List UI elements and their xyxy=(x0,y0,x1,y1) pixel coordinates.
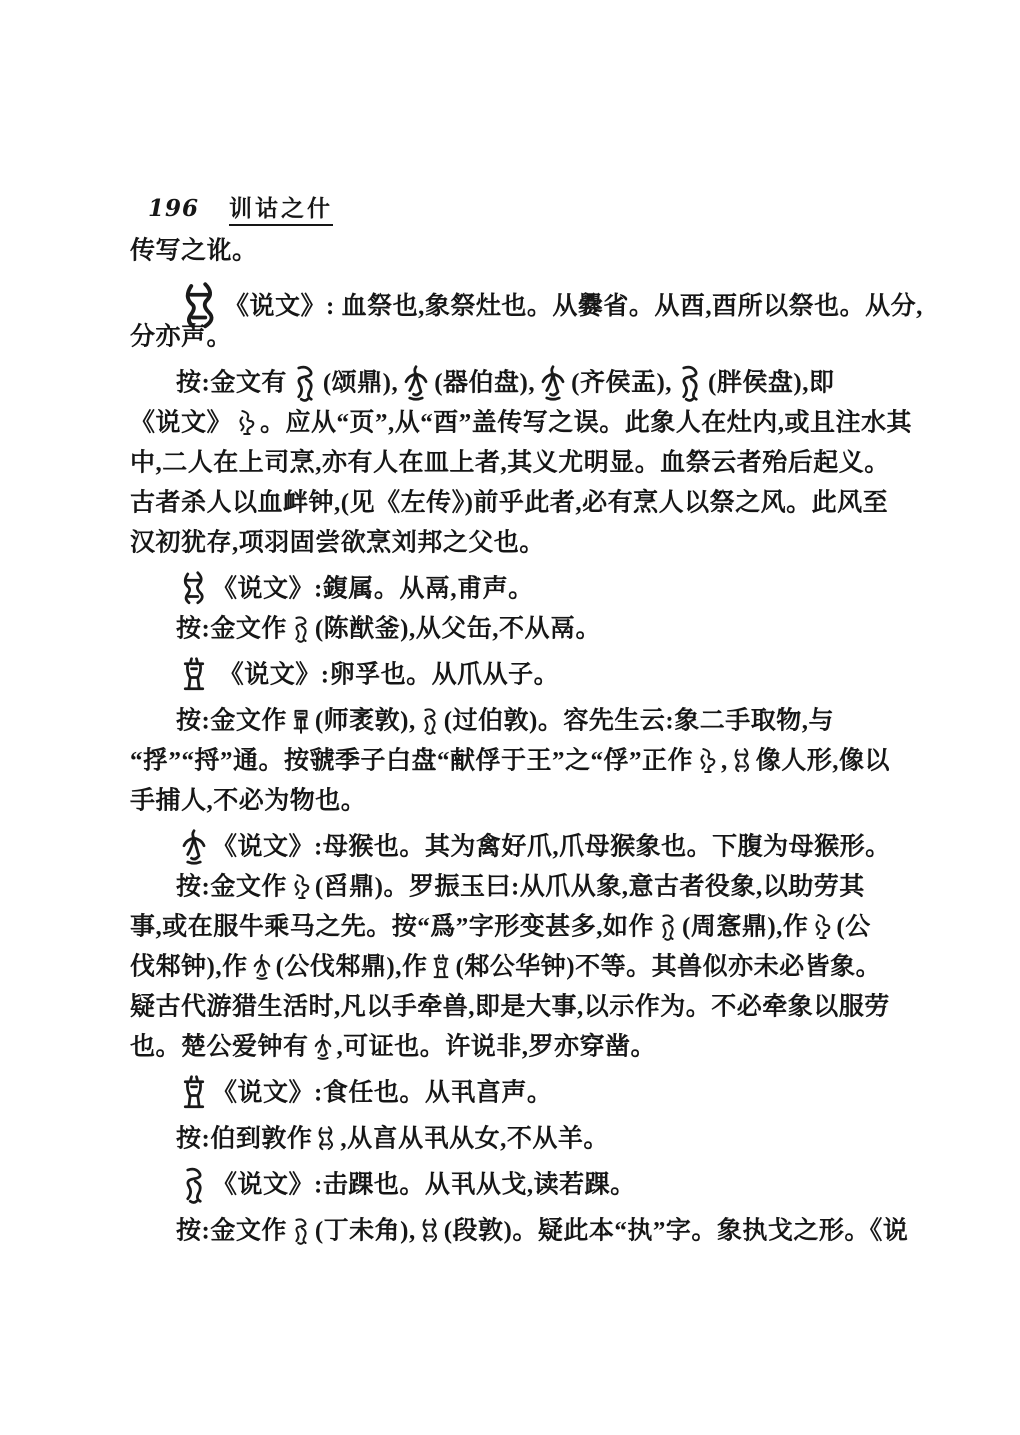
text-run: 按:金文作 xyxy=(176,873,287,900)
text-run: 《说文》:击踝也。从丮从戈,读若踝。 xyxy=(212,1171,636,1198)
text-line: 手捕人,不必为物也。 xyxy=(130,780,905,820)
chapter-title: 训诂之什 xyxy=(229,196,333,226)
bronze-glyph-pan-hou-pan xyxy=(675,363,705,403)
text-run: (段敦)。疑此本“执”字。象执戈之形。《说 xyxy=(444,1217,909,1244)
text-run: 分亦声。 xyxy=(130,323,232,350)
text-run: 像人形,像以 xyxy=(756,747,890,774)
text-line: 传写之讹。 xyxy=(130,230,905,270)
bronze-glyph-shi-mao-dui xyxy=(290,706,312,736)
text-block: 传写之讹。《说文》: 血祭也,象祭灶也。从爨省。从酉,酉所以祭也。从分,分亦声。… xyxy=(130,230,905,1250)
text-run: (丁未角), xyxy=(315,1217,416,1244)
bronze-glyph-chen-you-fu xyxy=(290,614,312,644)
text-run: (器伯盘), xyxy=(434,369,535,396)
text-run: 也。楚公爱钟有 xyxy=(130,1033,309,1060)
bronze-glyph-entry-fu-cauldron xyxy=(179,569,209,609)
text-run: 《说文》 xyxy=(130,409,232,436)
text-line: “捊”“捋”通。按虢季子白盘“献俘于王”之“俘”正作,像人形,像以 xyxy=(130,740,905,780)
bronze-glyph-zhou-ke-ding xyxy=(657,912,679,942)
text-line: 《说文》:击踝也。从丮从戈,读若踝。 xyxy=(130,1164,905,1204)
bronze-glyph-chu-gong-ai-zhong xyxy=(312,1032,334,1062)
text-run: (齐侯盂), xyxy=(571,369,672,396)
text-run: 手捕人,不必为物也。 xyxy=(130,787,366,814)
text-line: 按:金文作(丁未角),(段敦)。疑此本“执”字。象执戈之形。《说 xyxy=(130,1210,905,1250)
text-run: 《说文》:母猴也。其为禽好爪,爪母猴象也。下腹为母猴形。 xyxy=(212,833,891,860)
bronze-glyph-duan-dui xyxy=(419,1216,441,1246)
text-run: (周愙鼎),作 xyxy=(682,913,808,940)
text-line: 汉初犹存,项羽固尝欲烹刘邦之父也。 xyxy=(130,522,905,562)
bronze-glyph-fu-form-a xyxy=(696,746,718,776)
bronze-glyph-zhu-gong-hua-zhong xyxy=(430,952,452,982)
text-line: 伐邾钟),作(公伐邾鼎),作(邾公华钟)不等。其兽似亦未必皆象。 xyxy=(130,946,905,986)
text-run: 汉初犹存,项羽固尝欲烹刘邦之父也。 xyxy=(130,529,545,556)
running-head: 196训诂之什 xyxy=(148,190,333,223)
text-run: 按:金文作 xyxy=(176,615,287,642)
bronze-glyph-entry-wei xyxy=(179,827,209,867)
text-run: 。应从“页”,从“酉”盖传写之误。此象人在灶内,或且注水其 xyxy=(260,409,912,436)
text-line: 按:金文有(颂鼎),(器伯盘),(齐侯盂),(胖侯盘),即 xyxy=(130,362,905,402)
book-page: 196训诂之什 传写之讹。《说文》: 血祭也,象祭灶也。从爨省。从酉,酉所以祭也… xyxy=(0,0,1020,1435)
bronze-glyph-guo-bo-dui xyxy=(419,706,441,736)
text-run: 古者杀人以血衅钟,(见《左传》)前乎此者,必有烹人以祭之风。此风至 xyxy=(130,489,888,516)
bronze-glyph-shuowen-form xyxy=(235,408,257,438)
text-run: (公 xyxy=(836,913,870,940)
text-run: (舀鼎)。罗振玉曰:从爪从象,意古者役象,以助劳其 xyxy=(315,873,865,900)
bronze-glyph-qi-hou-yu xyxy=(538,363,568,403)
text-run: 按:金文作 xyxy=(176,707,287,734)
text-line: 按:伯到敦作,从亯从丮从女,不从羊。 xyxy=(130,1118,905,1158)
text-run: “捊”“捋”通。按虢季子白盘“献俘于王”之“俘”正作 xyxy=(130,747,693,774)
bronze-glyph-fu-form-b xyxy=(731,746,753,776)
page-number: 196 xyxy=(148,195,199,222)
bronze-glyph-bo-dao-dui xyxy=(315,1124,337,1154)
bronze-glyph-ding-wei-jiao xyxy=(290,1216,312,1246)
text-run: (公伐邾鼎),作 xyxy=(276,953,428,980)
text-run: 按:金文有 xyxy=(176,369,287,396)
bronze-glyph-gong-fa-zhu-zhong xyxy=(811,912,833,942)
text-run: (邾公华钟)不等。其兽似亦未必皆象。 xyxy=(455,953,881,980)
text-run: 按:伯到敦作 xyxy=(176,1125,312,1152)
text-run: 传写之讹。 xyxy=(130,237,258,264)
text-line: 《说文》:卵孚也。从爪从子。 xyxy=(130,654,905,694)
text-run: 《说文》:卵孚也。从爪从子。 xyxy=(212,661,559,688)
text-run: 中,二人在上司烹,亦有人在皿上者,其义尤明显。血祭云者殆后起义。 xyxy=(130,449,890,476)
text-run: 按:金文作 xyxy=(176,1217,287,1244)
text-run: ,可证也。许说非,罗亦穿凿。 xyxy=(337,1033,657,1060)
text-line: 也。楚公爱钟有,可证也。许说非,罗亦穿凿。 xyxy=(130,1026,905,1066)
text-run: , xyxy=(721,747,728,774)
bronze-glyph-qi-bo-pan xyxy=(401,363,431,403)
text-run: 事,或在服牛乘马之先。按“爲”字形变甚多,如作 xyxy=(130,913,654,940)
text-line: 《说文》:母猴也。其为禽好爪,爪母猴象也。下腹为母猴形。 xyxy=(130,826,905,866)
text-line: 按:金文作(舀鼎)。罗振玉曰:从爪从象,意古者役象,以助劳其 xyxy=(130,866,905,906)
text-line: 按:金文作(师袤敦),(过伯敦)。容先生云:象二手取物,与 xyxy=(130,700,905,740)
text-line: 中,二人在上司烹,亦有人在皿上者,其义尤明显。血祭云者殆后起义。 xyxy=(130,442,905,482)
text-line: 《说文》: 血祭也,象祭灶也。从爨省。从酉,酉所以祭也。从分, xyxy=(130,276,905,316)
text-line: 《说文》。应从“页”,从“酉”盖传写之误。此象人在灶内,或且注水其 xyxy=(130,402,905,442)
text-run: (过伯敦)。容先生云:象二手取物,与 xyxy=(444,707,834,734)
bronze-glyph-entry-ji xyxy=(179,1165,209,1205)
text-line: 古者杀人以血衅钟,(见《左传》)前乎此者,必有烹人以祭之风。此风至 xyxy=(130,482,905,522)
text-run: (师袤敦), xyxy=(315,707,416,734)
text-run: ,从亯从丮从女,不从羊。 xyxy=(340,1125,609,1152)
bronze-glyph-song-ding xyxy=(290,363,320,403)
text-line: 事,或在服牛乘马之先。按“爲”字形变甚多,如作(周愙鼎),作(公 xyxy=(130,906,905,946)
bronze-glyph-gong-fa-zhu-ding xyxy=(251,952,273,982)
text-run: 疑古代游猎生活时,凡以手牵兽,即是大事,以示作为。不必牵象以服劳 xyxy=(130,993,890,1020)
text-line: 疑古代游猎生活时,凡以手牵兽,即是大事,以示作为。不必牵象以服劳 xyxy=(130,986,905,1026)
bronze-glyph-entry-shu xyxy=(179,1073,209,1113)
text-line: 分亦声。 xyxy=(130,316,905,356)
text-run: (胖侯盘),即 xyxy=(708,369,834,396)
bronze-glyph-entry-fu-hatch xyxy=(179,655,209,695)
text-line: 《说文》:食任也。从丮亯声。 xyxy=(130,1072,905,1112)
bronze-glyph-yao-ding xyxy=(290,872,312,902)
text-run: 《说文》:食任也。从丮亯声。 xyxy=(212,1079,552,1106)
text-run: 《说文》:鍑属。从鬲,甫声。 xyxy=(212,575,534,602)
text-run: 《说文》: 血祭也,象祭灶也。从爨省。从酉,酉所以祭也。从分, xyxy=(224,293,923,320)
text-run: (颂鼎), xyxy=(323,369,398,396)
text-run: (陈猷釜),从父缶,不从鬲。 xyxy=(315,615,601,642)
text-line: 按:金文作(陈猷釜),从父缶,不从鬲。 xyxy=(130,608,905,648)
text-run: 伐邾钟),作 xyxy=(130,953,248,980)
text-line: 《说文》:鍑属。从鬲,甫声。 xyxy=(130,568,905,608)
